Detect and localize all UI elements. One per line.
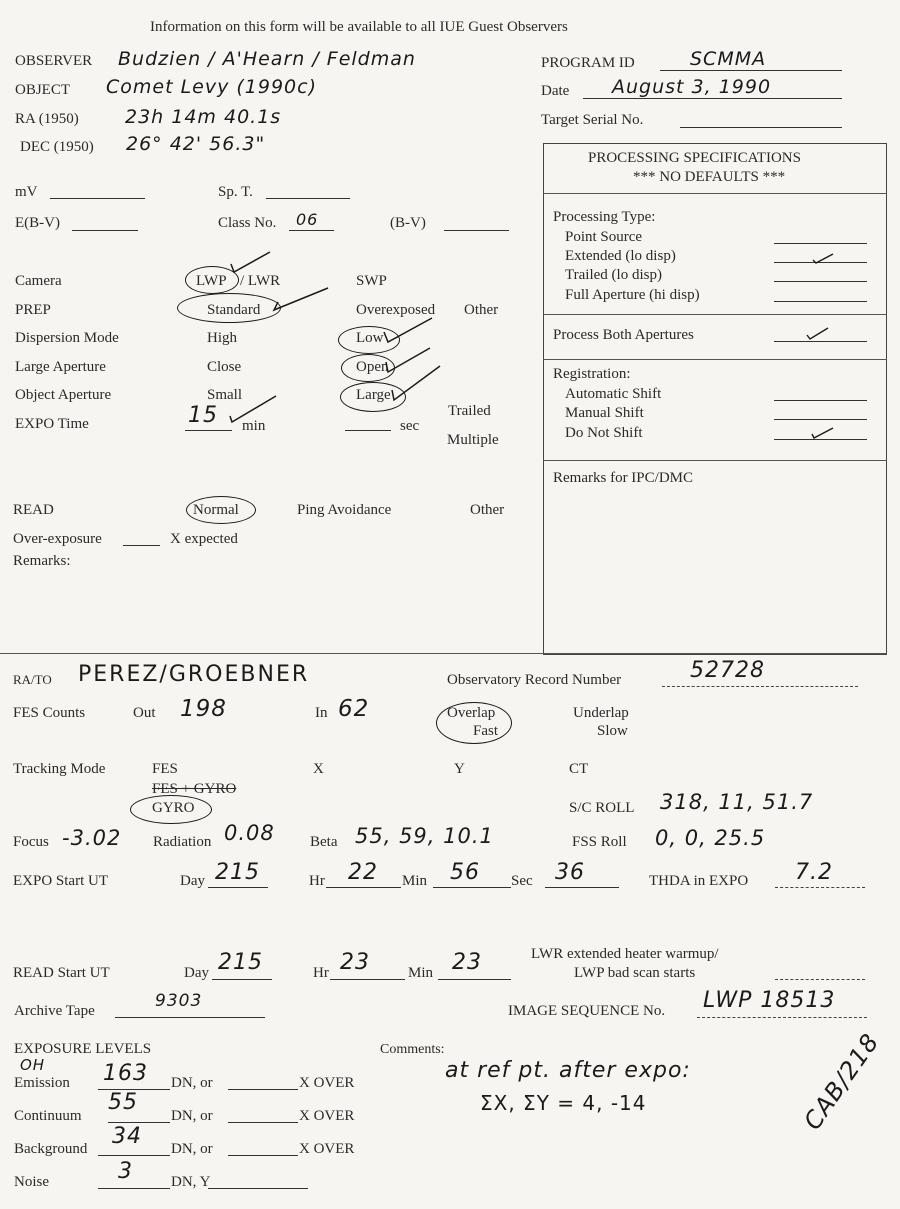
fes-in-field[interactable]: 62 <box>338 698 369 721</box>
rato-label: RA/TO <box>13 673 52 686</box>
check-mark-icon <box>390 366 440 400</box>
overexposure-field[interactable] <box>123 545 160 546</box>
continuum-dn-suffix: DN, or <box>171 1109 213 1124</box>
read-hr-field[interactable]: 23 <box>340 952 370 974</box>
expo-day-label: Day <box>180 874 205 889</box>
date-field[interactable]: August 3, 1990 <box>612 78 771 97</box>
dec-label: DEC (1950) <box>20 140 94 155</box>
dispersion-option-high[interactable]: High <box>207 331 237 346</box>
check-mark-icon <box>230 252 270 272</box>
read-day-field[interactable]: 215 <box>218 952 263 974</box>
fss-roll-label: FSS Roll <box>572 835 627 850</box>
emission-dn-suffix: DN, or <box>171 1076 213 1091</box>
prep-option-other[interactable]: Other <box>464 303 498 318</box>
beta-field[interactable]: 55, 59, 10.1 <box>355 826 494 847</box>
selection-circle <box>186 496 256 524</box>
ipc-remarks-field[interactable] <box>548 492 882 647</box>
beta-label: Beta <box>310 835 338 850</box>
dec-field[interactable]: 26° 42' 56.3" <box>126 135 265 154</box>
rato-field[interactable]: PEREZ/GROEBNER <box>78 664 309 686</box>
read-day-label: Day <box>184 966 209 981</box>
comments-line-2[interactable]: ΣX, ΣY = 4, -14 <box>480 1093 646 1113</box>
type-extended-label: Extended (lo disp) <box>565 249 676 264</box>
camera-label: Camera <box>15 274 62 289</box>
focus-label: Focus <box>13 835 49 850</box>
background-label: Background <box>14 1142 87 1157</box>
multiple-option[interactable]: Multiple <box>447 433 499 448</box>
background-dn-field[interactable]: 34 <box>112 1126 142 1148</box>
remarks-label: Remarks: <box>13 554 71 569</box>
expo-day-field[interactable]: 215 <box>215 862 260 884</box>
x-label: X <box>313 762 324 777</box>
date-label: Date <box>541 84 569 99</box>
read-hr-label: Hr <box>313 966 329 981</box>
camera-option-swp[interactable]: SWP <box>356 274 387 289</box>
expo-sec-label: Sec <box>511 874 533 889</box>
expo-seconds-field[interactable] <box>345 430 391 431</box>
mv-label: mV <box>15 185 38 200</box>
large-aperture-option-close[interactable]: Close <box>207 360 241 375</box>
spt-label: Sp. T. <box>218 185 253 200</box>
processing-type-label: Processing Type: <box>553 210 655 225</box>
check-mark-icon <box>812 250 834 262</box>
program-id-field[interactable]: SCMMA <box>690 50 766 69</box>
comments-line-1[interactable]: at ref pt. after expo: <box>445 1060 691 1082</box>
expo-hr-label: Hr <box>309 874 325 889</box>
image-sequence-label: IMAGE SEQUENCE No. <box>508 1004 665 1019</box>
noise-y-field[interactable] <box>208 1188 308 1189</box>
type-point-source-label: Point Source <box>565 230 642 245</box>
registration-manual-checkbox[interactable] <box>774 419 867 420</box>
type-trailed-checkbox[interactable] <box>774 281 867 282</box>
registration-automatic-label: Automatic Shift <box>565 387 661 402</box>
bv-label: (B-V) <box>390 216 426 231</box>
check-mark-icon <box>811 425 833 437</box>
archive-tape-field[interactable]: 9303 <box>155 993 202 1010</box>
noise-suffix: DN, Y <box>171 1175 210 1190</box>
exposure-levels-title: EXPOSURE LEVELS <box>14 1042 151 1057</box>
type-point-source-checkbox[interactable] <box>774 243 867 244</box>
camera-option-lwr[interactable]: / LWR <box>240 274 280 289</box>
thda-field[interactable]: 7.2 <box>795 862 833 884</box>
selection-circle <box>436 702 512 744</box>
object-field[interactable]: Comet Levy (1990c) <box>106 78 317 97</box>
target-serial-label: Target Serial No. <box>541 113 643 128</box>
fes-counts-label: FES Counts <box>13 706 85 721</box>
lwr-heater-label: LWR extended heater warmup/ <box>531 947 719 962</box>
process-both-apertures-label: Process Both Apertures <box>553 328 694 343</box>
registration-label: Registration: <box>553 367 631 382</box>
lwp-scan-label: LWP bad scan starts <box>574 966 695 981</box>
read-min-field[interactable]: 23 <box>452 952 482 974</box>
expo-min-label: Min <box>402 874 427 889</box>
fes-out-label: Out <box>133 706 156 721</box>
expo-time-label: EXPO Time <box>15 417 89 432</box>
form-notice: Information on this form will be availab… <box>150 20 568 35</box>
fes-out-field[interactable]: 198 <box>180 698 227 721</box>
dispersion-label: Dispersion Mode <box>15 331 119 346</box>
sc-roll-field[interactable]: 318, 11, 51.7 <box>660 792 813 813</box>
prep-label: PREP <box>15 303 51 318</box>
noise-label: Noise <box>14 1175 49 1190</box>
emission-over-suffix: X OVER <box>299 1076 354 1091</box>
ipc-remarks-label: Remarks for IPC/DMC <box>553 471 693 486</box>
class-field[interactable]: 06 <box>296 212 318 228</box>
expo-sec-field[interactable]: 36 <box>555 862 585 884</box>
read-label: READ <box>13 503 54 518</box>
selection-circle <box>177 293 281 323</box>
signature: CAB/218 <box>800 1029 883 1133</box>
ra-field[interactable]: 23h 14m 40.1s <box>125 108 281 127</box>
spt-field[interactable] <box>266 198 350 199</box>
observer-field[interactable]: Budzien / A'Hearn / Feldman <box>118 50 416 69</box>
read-min-label: Min <box>408 966 433 981</box>
read-option-other[interactable]: Other <box>470 503 504 518</box>
selection-circle <box>130 795 212 824</box>
large-aperture-label: Large Aperture <box>15 360 106 375</box>
continuum-over-field[interactable] <box>228 1122 298 1123</box>
registration-automatic-checkbox[interactable] <box>774 400 867 401</box>
focus-field[interactable]: -3.02 <box>62 828 121 849</box>
remarks-field[interactable] <box>13 575 533 650</box>
registration-do-not-shift-checkbox[interactable] <box>774 439 867 440</box>
bv-field[interactable] <box>444 230 509 231</box>
check-mark-icon <box>272 288 328 310</box>
tracking-mode-label: Tracking Mode <box>13 762 105 777</box>
object-label: OBJECT <box>15 83 70 98</box>
record-number-label: Observatory Record Number <box>447 673 621 688</box>
continuum-dn-field[interactable]: 55 <box>108 1092 138 1114</box>
registration-do-not-shift-label: Do Not Shift <box>565 426 643 441</box>
expo-hr-field[interactable]: 22 <box>348 862 378 884</box>
expo-sec-unit: sec <box>400 419 419 434</box>
tracking-option-fes[interactable]: FES <box>152 762 178 777</box>
overexposure-suffix: X expected <box>170 532 238 547</box>
type-full-aperture-label: Full Aperture (hi disp) <box>565 288 700 303</box>
check-mark-icon <box>806 326 828 338</box>
mv-field[interactable] <box>50 198 145 199</box>
check-mark-icon <box>382 318 432 342</box>
emission-over-field[interactable] <box>228 1089 298 1090</box>
object-aperture-label: Object Aperture <box>15 388 111 403</box>
sc-roll-label: S/C ROLL <box>569 801 634 816</box>
emission-annotation: OH <box>20 1058 45 1073</box>
observer-label: OBSERVER <box>15 54 92 69</box>
read-option-ping-avoidance[interactable]: Ping Avoidance <box>297 503 391 518</box>
processing-subtitle: *** NO DEFAULTS *** <box>633 170 785 185</box>
continuum-over-suffix: X OVER <box>299 1109 354 1124</box>
underlap-option[interactable]: Underlap <box>573 706 629 721</box>
expo-start-label: EXPO Start UT <box>13 874 108 889</box>
expo-minutes-field[interactable]: 15 <box>188 405 218 427</box>
comments-label: Comments: <box>380 1043 445 1057</box>
thda-label: THDA in EXPO <box>649 874 748 889</box>
registration-manual-label: Manual Shift <box>565 406 644 421</box>
emission-label: Emission <box>14 1076 70 1091</box>
read-start-label: READ Start UT <box>13 966 110 981</box>
lwp-scan-field[interactable] <box>775 979 865 980</box>
class-label: Class No. <box>218 216 276 231</box>
record-number-field[interactable]: 52728 <box>690 660 765 682</box>
overexposure-label: Over-exposure <box>13 532 102 547</box>
ebv-field[interactable] <box>72 230 138 231</box>
ra-label: RA (1950) <box>15 112 79 127</box>
slow-option[interactable]: Slow <box>597 724 628 739</box>
prep-option-overexposed[interactable]: Overexposed <box>356 303 435 318</box>
section-divider <box>0 653 887 654</box>
background-over-field[interactable] <box>228 1155 298 1156</box>
expo-min-field[interactable]: 56 <box>450 862 480 884</box>
background-over-suffix: X OVER <box>299 1142 354 1157</box>
fss-roll-field[interactable]: 0, 0, 25.5 <box>655 828 765 849</box>
processing-title: PROCESSING SPECIFICATIONS <box>588 151 801 166</box>
archive-tape-label: Archive Tape <box>14 1004 95 1019</box>
trailed-option[interactable]: Trailed <box>448 404 491 419</box>
noise-dn-field[interactable]: 3 <box>118 1161 133 1183</box>
radiation-label: Radiation <box>153 835 211 850</box>
fes-in-label: In <box>315 706 328 721</box>
expo-min-unit: min <box>242 419 265 434</box>
emission-dn-field[interactable]: 163 <box>103 1063 148 1085</box>
type-full-aperture-checkbox[interactable] <box>774 301 867 302</box>
y-label: Y <box>454 762 465 777</box>
type-trailed-label: Trailed (lo disp) <box>565 268 662 283</box>
target-serial-field[interactable] <box>680 127 842 128</box>
continuum-label: Continuum <box>14 1109 82 1124</box>
background-dn-suffix: DN, or <box>171 1142 213 1157</box>
ct-label: CT <box>569 762 588 777</box>
radiation-field[interactable]: 0.08 <box>224 823 275 844</box>
process-both-apertures-checkbox[interactable] <box>774 341 867 342</box>
image-sequence-field[interactable]: LWP 18513 <box>703 990 835 1012</box>
program-id-label: PROGRAM ID <box>541 56 635 71</box>
ebv-label: E(B-V) <box>15 216 60 231</box>
